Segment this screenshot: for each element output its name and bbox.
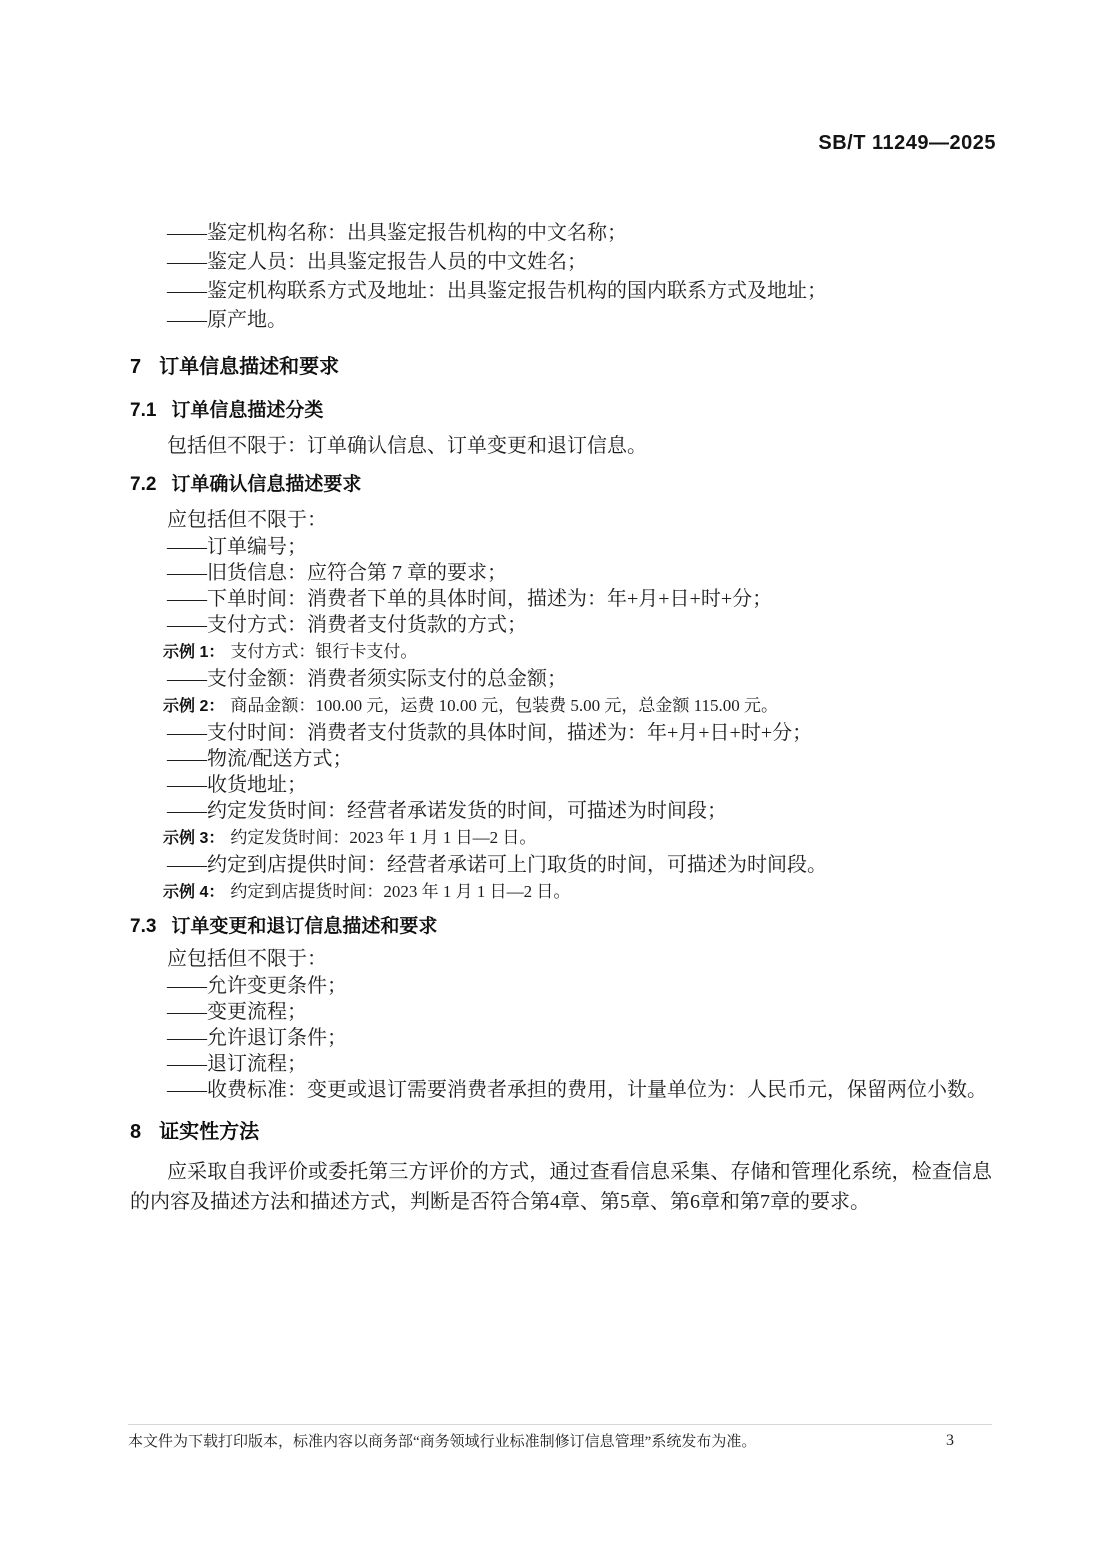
order-confirm-item-list: ——订单编号； ——旧货信息：应符合第 7 章的要求； ——下单时间：消费者下单… xyxy=(130,534,992,906)
list-item: ——物流/配送方式； xyxy=(130,746,992,772)
section-number: 7.3 xyxy=(130,916,156,937)
example-label: 示例 3： xyxy=(163,830,224,847)
document-page: SB/T 11249—2025 ——鉴定机构名称：出具鉴定报告机构的中文名称； … xyxy=(0,0,1102,1559)
example-item: 示例 3：约定发货时间：2023 年 1 月 1 日—2 日。 xyxy=(130,824,992,852)
list-item: ——订单编号； xyxy=(130,534,992,560)
section-7-1-heading: 7.1订单信息描述分类 xyxy=(130,398,992,424)
section-7-1-paragraph: 包括但不限于：订单确认信息、订单变更和退订信息。 xyxy=(130,433,992,460)
list-item: ——收货地址； xyxy=(130,772,992,798)
list-item: ——允许变更条件； xyxy=(130,973,992,999)
list-item: ——退订流程； xyxy=(130,1051,992,1077)
section-number: 7 xyxy=(130,356,141,378)
example-label: 示例 2： xyxy=(163,698,224,715)
example-text: 约定发货时间：2023 年 1 月 1 日—2 日。 xyxy=(230,828,536,847)
list-item: ——收费标准：变更或退订需要消费者承担的费用，计量单位为：人民币元，保留两位小数… xyxy=(130,1077,992,1103)
section-title: 订单变更和退订信息描述和要求 xyxy=(171,916,437,937)
example-label: 示例 1： xyxy=(163,644,224,661)
section-number: 7.1 xyxy=(130,400,156,421)
list-item: ——变更流程； xyxy=(130,999,992,1025)
section-7-3-lead: 应包括但不限于： xyxy=(130,946,992,973)
standard-code: SB/T 11249—2025 xyxy=(818,132,996,155)
list-item: ——鉴定人员：出具鉴定报告人员的中文姓名； xyxy=(130,248,992,277)
example-text: 商品金额：100.00 元，运费 10.00 元，包装费 5.00 元，总金额 … xyxy=(230,696,778,715)
appraisal-info-list: ——鉴定机构名称：出具鉴定报告机构的中文名称； ——鉴定人员：出具鉴定报告人员的… xyxy=(130,219,992,335)
section-number: 7.2 xyxy=(130,474,156,495)
list-item: ——允许退订条件； xyxy=(130,1025,992,1051)
section-title: 订单信息描述和要求 xyxy=(159,356,339,378)
example-item: 示例 4：约定到店提货时间：2023 年 1 月 1 日—2 日。 xyxy=(130,878,992,906)
list-item: ——原产地。 xyxy=(130,306,992,335)
section-7-2-heading: 7.2订单确认信息描述要求 xyxy=(130,472,992,498)
list-item: ——约定到店提供时间：经营者承诺可上门取货的时间，可描述为时间段。 xyxy=(130,852,992,878)
page-content: ——鉴定机构名称：出具鉴定报告机构的中文名称； ——鉴定人员：出具鉴定报告人员的… xyxy=(130,219,992,1217)
list-item: ——鉴定机构名称：出具鉴定报告机构的中文名称； xyxy=(130,219,992,248)
example-item: 示例 2：商品金额：100.00 元，运费 10.00 元，包装费 5.00 元… xyxy=(130,692,992,720)
section-8-heading: 8证实性方法 xyxy=(130,1119,992,1145)
list-item: ——支付方式：消费者支付货款的方式； xyxy=(130,612,992,638)
page-footer: 本文件为下载打印版本，标准内容以商务部“商务领域行业标准制修订信息管理”系统发布… xyxy=(128,1424,992,1452)
example-text: 支付方式：银行卡支付。 xyxy=(230,642,417,661)
section-7-heading: 7订单信息描述和要求 xyxy=(130,354,992,380)
section-8-paragraph: 应采取自我评价或委托第三方评价的方式，通过查看信息采集、存储和管理化系统，检查信… xyxy=(130,1157,992,1217)
example-item: 示例 1：支付方式：银行卡支付。 xyxy=(130,638,992,666)
section-title: 订单确认信息描述要求 xyxy=(171,474,361,495)
order-change-item-list: ——允许变更条件； ——变更流程； ——允许退订条件； ——退订流程； ——收费… xyxy=(130,973,992,1103)
section-number: 8 xyxy=(130,1121,141,1143)
list-item: ——支付时间：消费者支付货款的具体时间，描述为：年+月+日+时+分； xyxy=(130,720,992,746)
section-title: 订单信息描述分类 xyxy=(171,400,323,421)
list-item: ——旧货信息：应符合第 7 章的要求； xyxy=(130,560,992,586)
list-item: ——鉴定机构联系方式及地址：出具鉴定报告机构的国内联系方式及地址； xyxy=(130,277,992,306)
section-title: 证实性方法 xyxy=(159,1121,259,1143)
footer-note: 本文件为下载打印版本，标准内容以商务部“商务领域行业标准制修订信息管理”系统发布… xyxy=(128,1432,756,1452)
example-label: 示例 4： xyxy=(163,884,224,901)
section-7-2-lead: 应包括但不限于： xyxy=(130,507,992,534)
page-number: 3 xyxy=(946,1432,954,1450)
list-item: ——支付金额：消费者须实际支付的总金额； xyxy=(130,666,992,692)
section-7-3-heading: 7.3订单变更和退订信息描述和要求 xyxy=(130,914,992,940)
example-text: 约定到店提货时间：2023 年 1 月 1 日—2 日。 xyxy=(230,882,570,901)
list-item: ——下单时间：消费者下单的具体时间，描述为：年+月+日+时+分； xyxy=(130,586,992,612)
list-item: ——约定发货时间：经营者承诺发货的时间，可描述为时间段； xyxy=(130,798,992,824)
